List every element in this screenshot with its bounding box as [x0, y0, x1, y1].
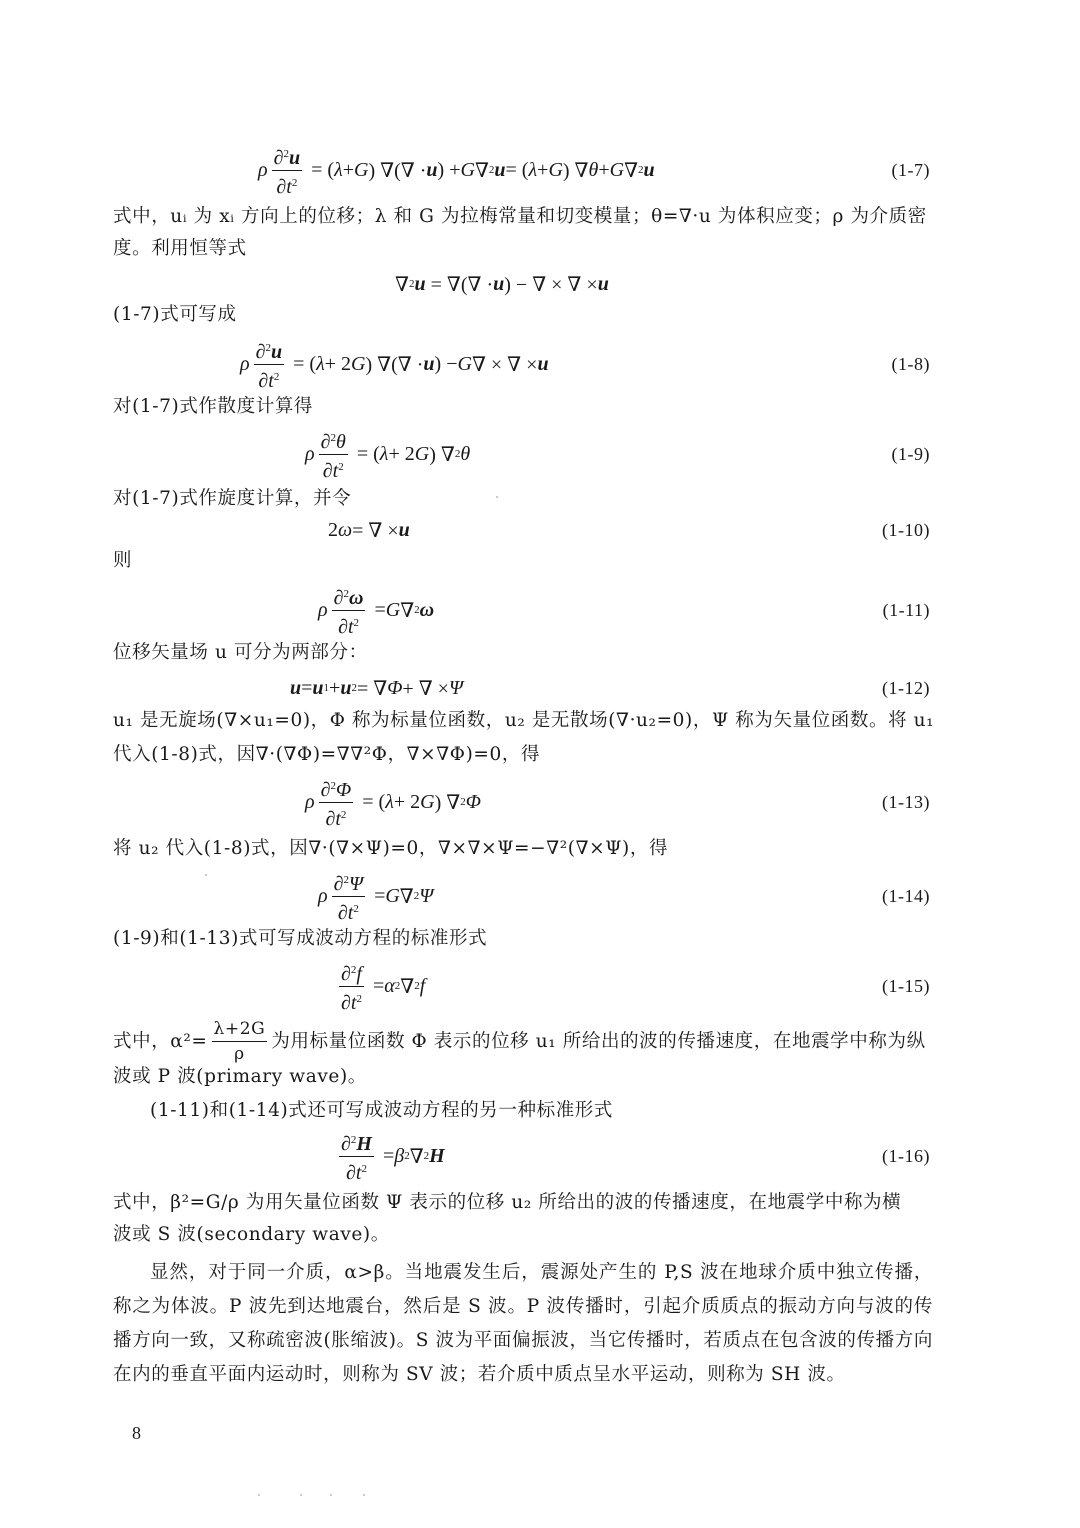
equation-label: (1-14) [882, 868, 930, 924]
equation-1-15: ∂2f∂t2 = α2 ∇2f (1-15) [0, 958, 1080, 1014]
equation-1-16: ∂2H∂t2 = β2 ∇2H (1-16) [0, 1128, 1080, 1184]
equation-1-13: ρ ∂2Φ∂t2 = (λ + 2G) ∇2Φ (1-13) [0, 774, 1080, 830]
equation-1-9: ρ ∂2θ∂t2 = (λ + 2G) ∇2θ (1-9) [0, 426, 1080, 482]
equation-1-14: ρ ∂2Ψ∂t2 = G ∇2Ψ (1-14) [0, 868, 1080, 924]
equation-label: (1-8) [892, 336, 930, 392]
paragraph-text: 式中，β²=G/ρ 为用矢量位函数 Ψ 表示的位移 u₂ 所给出的波的传播速度，… [113, 1186, 933, 1220]
scan-speck [330, 1494, 332, 1496]
paragraph-text: u₁ 是无旋场(∇×u₁=0)，Φ 称为标量位函数，u₂ 是无散场(∇·u₂=0… [113, 704, 933, 738]
page-number: 8 [132, 1423, 141, 1444]
scan-speck [363, 1494, 365, 1496]
equation-1-11: ρ ∂2ω∂t2 = G ∇2ω (1-11) [0, 582, 1080, 638]
paragraph-text: 波或 S 波(secondary wave)。 [113, 1218, 933, 1252]
scan-speck [258, 1494, 260, 1496]
equation-label: (1-15) [882, 958, 930, 1014]
paragraph-text: (1-7)式可写成 [113, 298, 933, 332]
equation-label: (1-9) [892, 426, 930, 482]
paragraph-text: 式中，α²= λ+2Gρ 为用标量位函数 Φ 表示的位移 u₁ 所给出的波的传播… [113, 1018, 933, 1065]
equation-1-7: ρ ∂2u∂t2 = (λ + G) ∇(∇ · u) + G ∇2u = (λ… [0, 142, 1080, 198]
scan-speck [300, 1494, 302, 1496]
equation-label: (1-16) [882, 1128, 930, 1184]
paragraph-text: (1-9)和(1-13)式可写成波动方程的标准形式 [113, 922, 933, 956]
paragraph-text: (1-11)和(1-14)式还可写成波动方程的另一种标准形式 [113, 1094, 933, 1128]
paragraph-text: 将 u₂ 代入(1-8)式，因∇·(∇×Ψ)=0，∇×∇×Ψ=−∇²(∇×Ψ)，… [113, 832, 933, 866]
equation-1-8: ρ ∂2u∂t2 = (λ + 2G) ∇(∇ · u) − G ∇ × ∇ ×… [0, 336, 1080, 392]
scan-speck [205, 874, 207, 876]
equation-label: (1-13) [882, 774, 930, 830]
book-page: ρ ∂2u∂t2 = (λ + G) ∇(∇ · u) + G ∇2u = (λ… [0, 0, 1080, 1528]
paragraph-text: 代入(1-8)式，因∇·(∇Φ)=∇∇²Φ，∇×∇Φ)=0，得 [113, 738, 933, 772]
equation-label: (1-11) [883, 582, 930, 638]
paragraph-text: 显然，对于同一介质，α>β。当地震发生后，震源处产生的 P,S 波在地球介质中独… [113, 1256, 933, 1392]
paragraph-text: 则 [113, 544, 933, 578]
equation-label: (1-7) [892, 142, 930, 198]
paragraph-text: 式中，uᵢ 为 xᵢ 方向上的位移；λ 和 G 为拉梅常量和切变模量；θ=∇·u… [113, 200, 933, 234]
paragraph-text: 对(1-7)式作散度计算得 [113, 390, 933, 424]
paragraph-text: 波或 P 波(primary wave)。 [113, 1060, 933, 1094]
scan-speck [496, 496, 498, 498]
